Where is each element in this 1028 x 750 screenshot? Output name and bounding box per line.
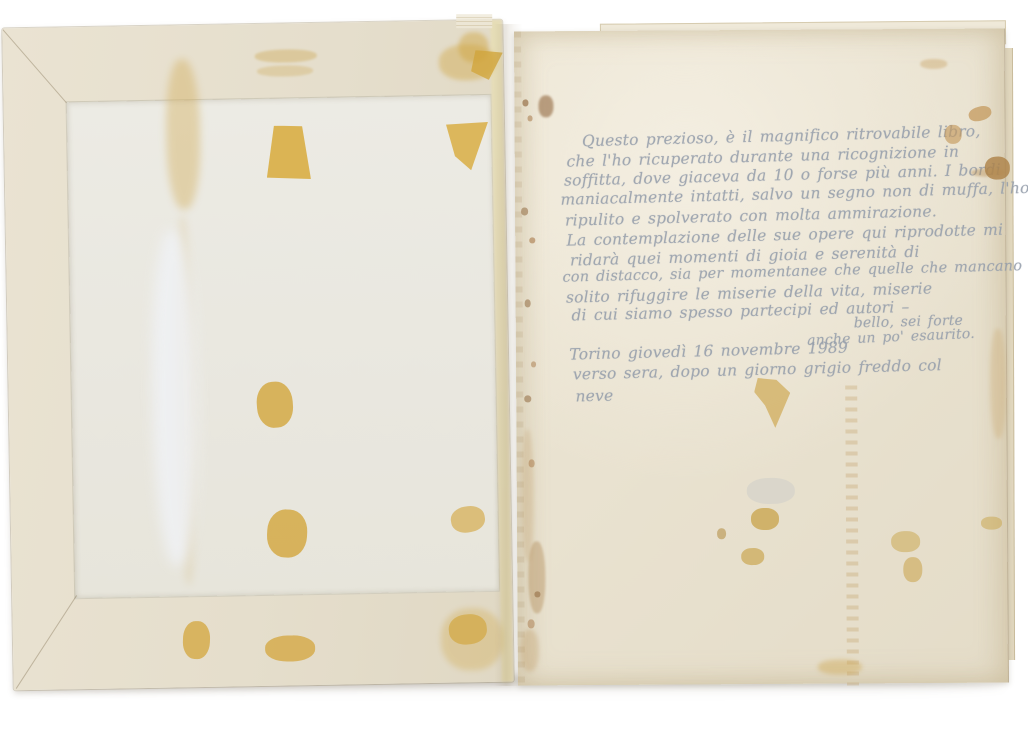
left-inside-cover: [2, 20, 513, 691]
tape-stain: [971, 169, 1005, 177]
tape-stain: [751, 508, 779, 530]
handwriting-line: anche un po' esaurito.: [807, 326, 975, 349]
tape-stain: [521, 629, 539, 671]
tape-stain: [945, 125, 962, 144]
tape-stain: [741, 548, 764, 565]
tape-stain: [257, 65, 313, 77]
tape-stain: [524, 395, 531, 402]
book-photo: Questo prezioso, è il magnifico ritrovab…: [0, 0, 1028, 750]
tape-stain: [525, 299, 531, 307]
tape-stain: [538, 95, 553, 117]
tape-stain: [920, 59, 947, 69]
tape-stain: [747, 478, 795, 504]
tape-stain: [528, 619, 535, 628]
tape-stain: [522, 99, 528, 106]
tape-stain: [529, 237, 535, 243]
handwriting-block: Questo prezioso, è il magnifico ritrovab…: [534, 60, 1015, 686]
handwriting-line: neve: [575, 386, 613, 405]
tape-stain: [182, 621, 210, 660]
page-stack-edges: [456, 14, 492, 28]
tape-stain: [165, 59, 202, 210]
tape-stain: [255, 49, 317, 63]
flap-fold-line-top-left: [3, 29, 67, 103]
tape-stain: [521, 207, 528, 215]
tape-stain: [458, 32, 489, 63]
tape-stain: [981, 517, 1002, 530]
tape-stain: [891, 531, 920, 552]
tape-stain: [534, 591, 540, 597]
tape-stain: [903, 557, 922, 582]
right-manuscript-page: Questo prezioso, è il magnifico ritrovab…: [514, 29, 1009, 686]
tape-stain: [717, 528, 726, 539]
tape-stain: [990, 329, 1007, 439]
flap-fold-line-bottom-left: [16, 595, 77, 689]
tape-stain: [528, 115, 533, 121]
tape-stain: [521, 429, 534, 561]
tape-stain: [845, 385, 859, 685]
left-page-stains: [2, 20, 502, 29]
tape-stain: [529, 459, 535, 467]
tape-stain: [531, 361, 536, 367]
tape-stain: [265, 635, 315, 662]
tape-stain: [528, 541, 545, 613]
tape-stain: [818, 659, 862, 674]
